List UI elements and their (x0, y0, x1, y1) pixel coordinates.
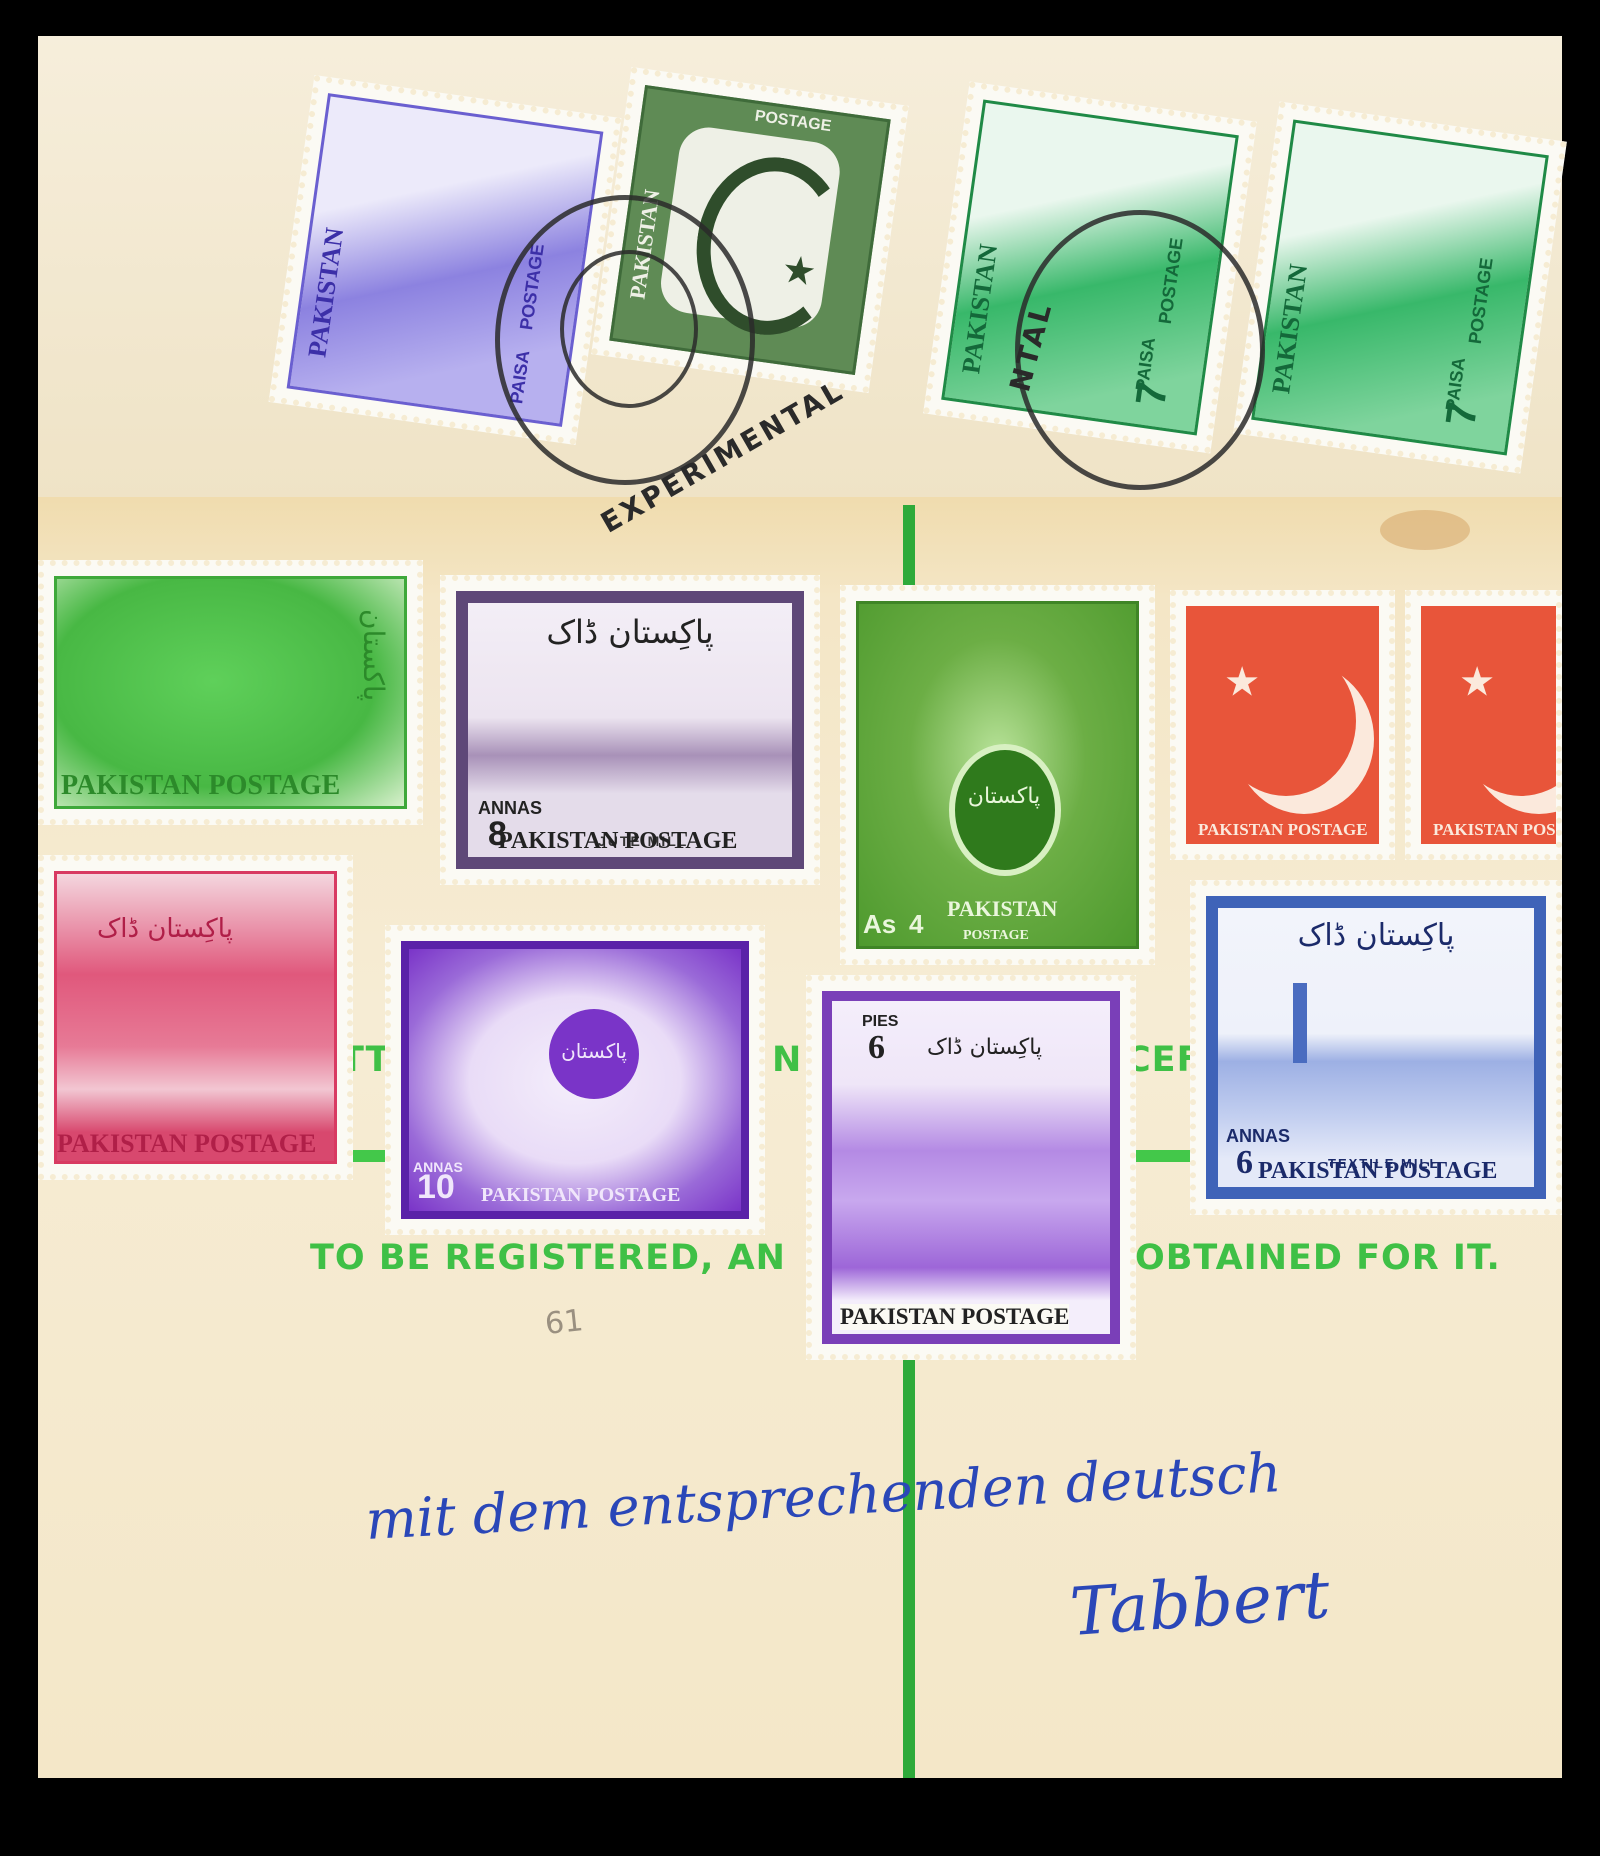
stamp-badshahi-mosque: پاکِستان ڈاک PAKISTAN POSTAGE (38, 855, 353, 1180)
stamp-10-annas: پاکستان ANNAS 10 PAKISTAN POSTAGE (385, 925, 765, 1235)
stamp-red-crescent: ★ PAKISTAN POSTAGE (1170, 590, 1395, 860)
stamp-red-crescent: ★ PAKISTAN POS (1405, 590, 1562, 860)
stamp-6-pies: PIES 6 پاکِستان ڈاک PAKISTAN POSTAGE (806, 975, 1136, 1360)
crescent-icon (1216, 646, 1356, 796)
postmark-inner (560, 250, 698, 408)
star-icon: ★ (781, 249, 817, 293)
stamp-jute-mill: پاکِستان ڈاک ANNAS 8 JUTE MILL PAKISTAN … (440, 575, 820, 885)
stamp-cotton-plant: پاکستان PAKISTAN POSTAGE (38, 560, 423, 825)
registration-line-horizontal (1132, 1150, 1192, 1162)
registration-text: TO BE REGISTERED, AN (310, 1238, 786, 1278)
registration-text: N (772, 1040, 802, 1080)
stain (1380, 510, 1470, 550)
registration-text: OBTAINED FOR IT. (1135, 1238, 1501, 1278)
pencil-note: 61 (543, 1303, 585, 1342)
emblem-medallion (949, 744, 1061, 876)
stamp-textile-mill: پاکِستان ڈاک ANNAS 6 TEXTILE MILL PAKIST… (1190, 880, 1562, 1215)
registration-line-vertical (903, 505, 915, 585)
stamp-green-7-paisa: PAKISTAN POSTAGE PAISA 7 (1233, 101, 1567, 473)
postmark (1015, 210, 1265, 490)
chimney (1293, 983, 1307, 1063)
stamp-green-4-annas: پاکستان As 4 PAKISTAN POSTAGE (840, 585, 1155, 965)
registration-line-vertical (903, 1350, 915, 1778)
